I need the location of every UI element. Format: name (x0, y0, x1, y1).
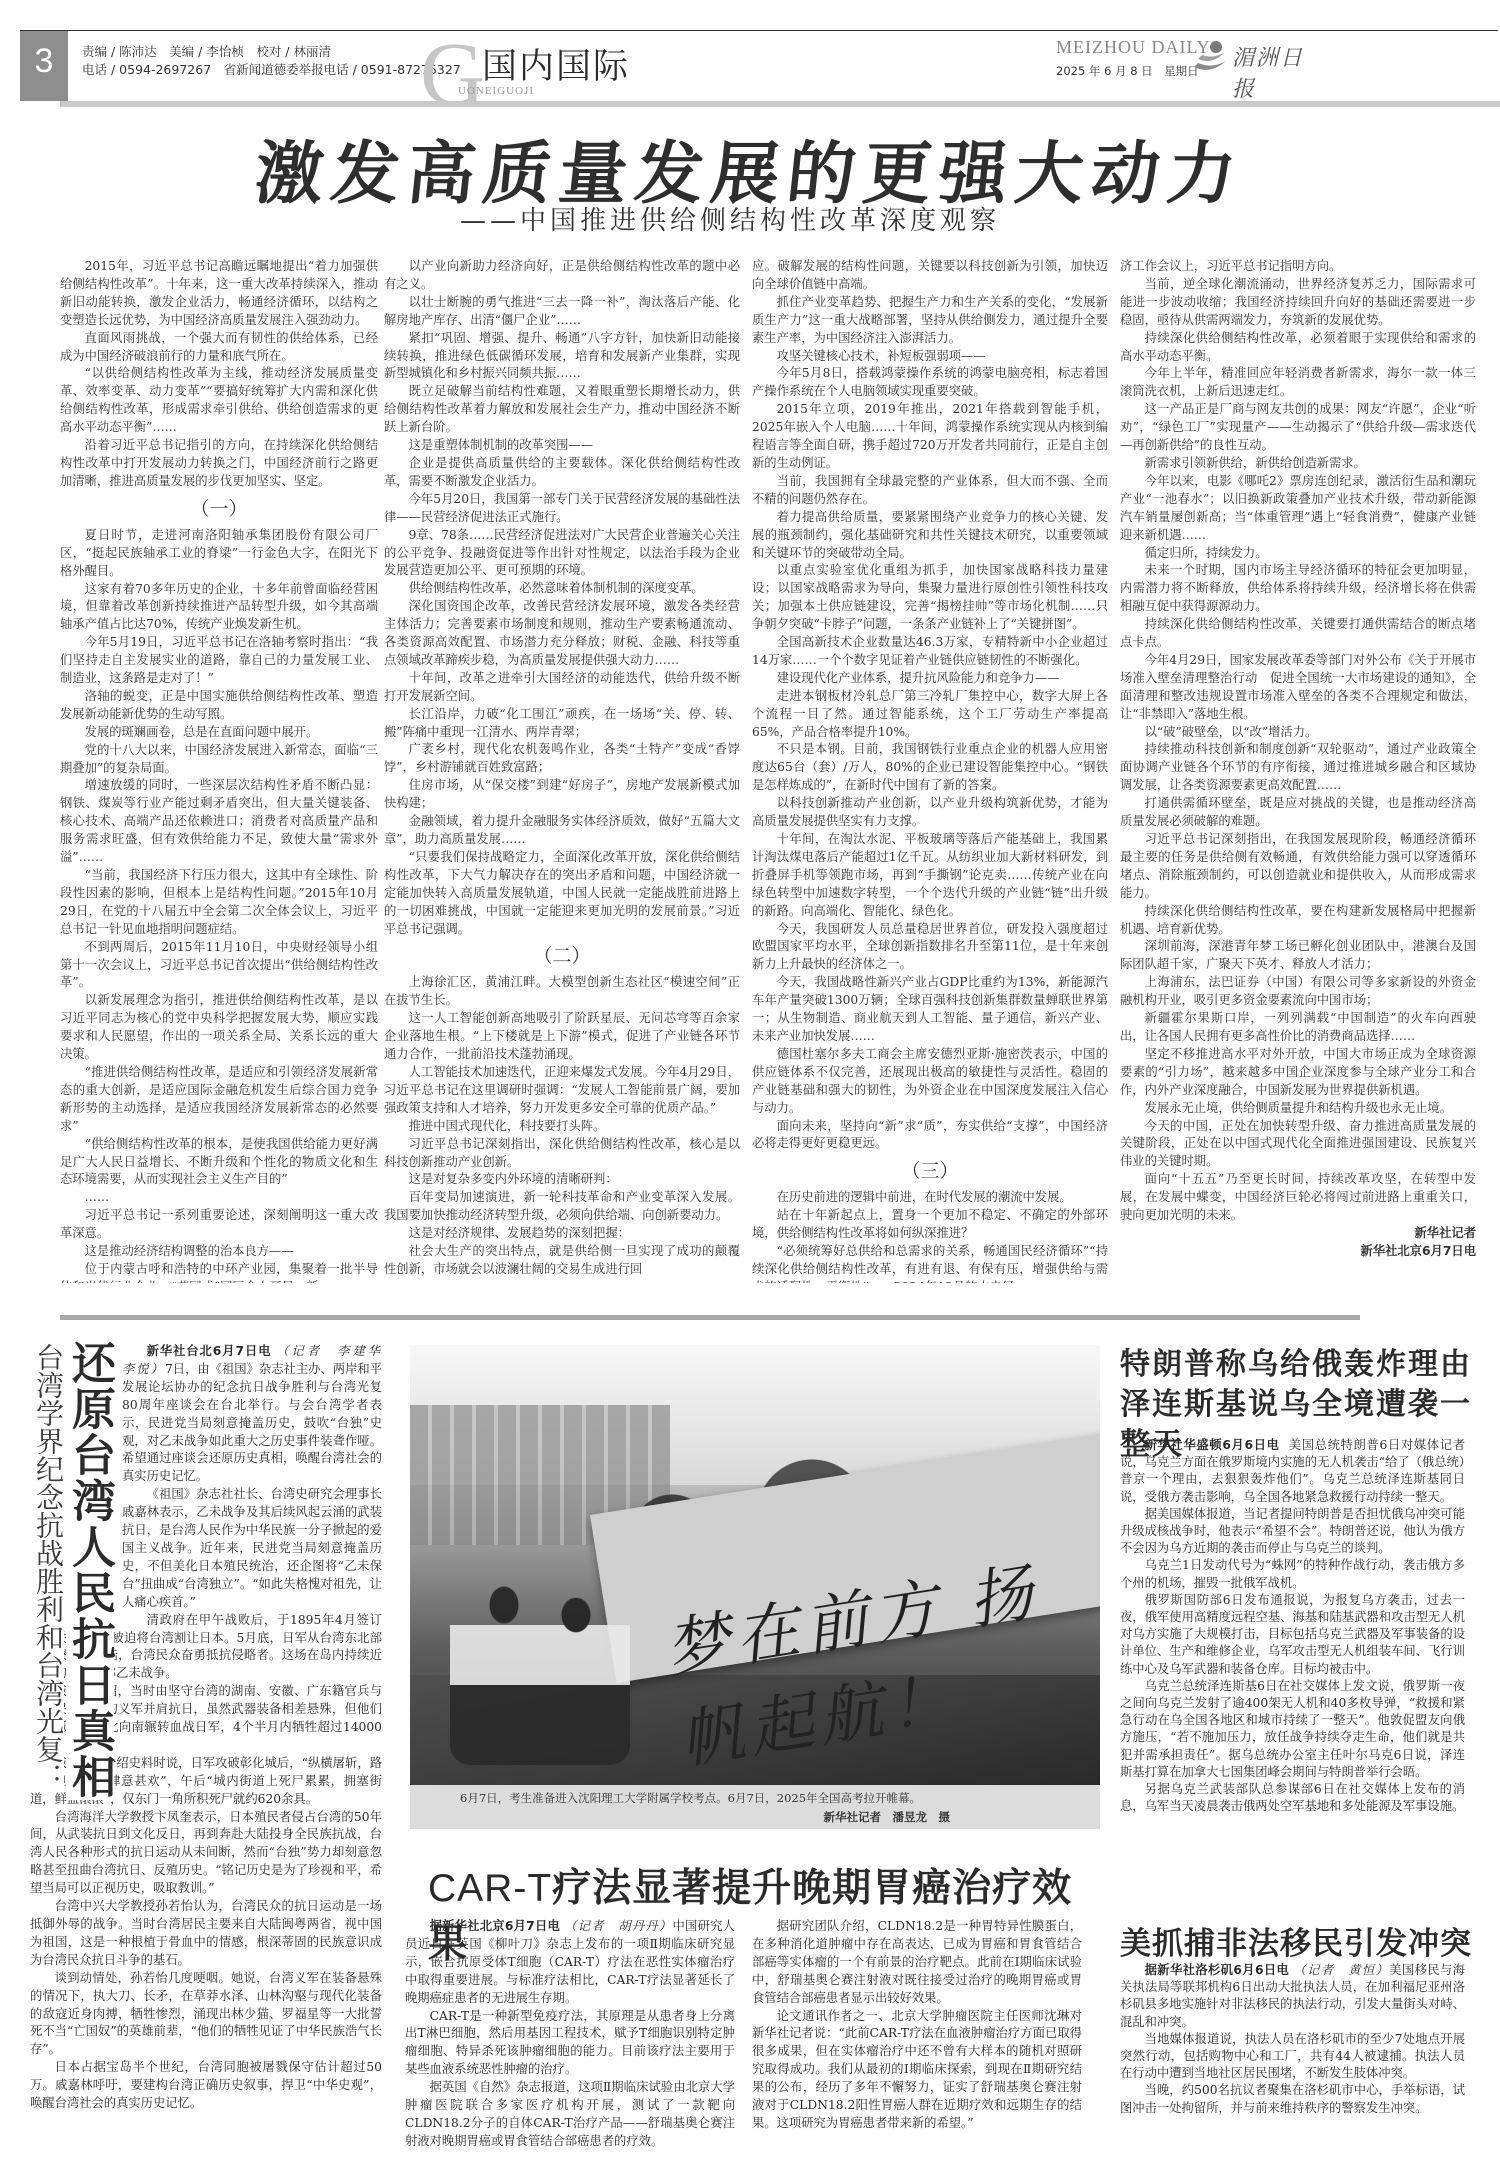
photo-credit: 新华社记者 潘昱龙 摄 (824, 1809, 951, 1825)
paragraph: 供给侧结构性改革，必然意味着体制机制的深度变革。 (384, 580, 740, 598)
news-photo: 梦在前方 扬帆起航！ (410, 1345, 1100, 1785)
paragraph: 建设现代化产业体系，提升抗风险能力和竞争力—— (752, 670, 1108, 688)
paragraph: 紧扣“巩固、增强、提升、畅通”八字方针，加快新旧动能接续转换，推进绿色低碳循环发… (384, 330, 740, 384)
paragraph: “供给侧结构性改革的根本，是使我国供给能力更好满足广大人民日益增长、不断升级和个… (60, 1136, 378, 1190)
paragraph: 习近平总书记深刻指出，深化供给侧结构性改革，核心是以科技创新推动产业创新。 (384, 1136, 740, 1172)
paragraph: 这一人工智能创新高地吸引了阶跃星辰、无问芯穹等百余家企业落地生根。“上下楼就是上… (384, 1010, 740, 1064)
paragraph: 2015年，习近平总书记高瞻远瞩地提出“着力加强供给侧结构性改革”。十年来，这一… (60, 258, 378, 330)
paragraph: 坚定不移推进高水平对外开放，中国大市场正成为全球资源要素的“引力场”，越来越多中… (1120, 1046, 1476, 1100)
paragraph: 推进中国式现代化，科技要打头阵。 (384, 1118, 740, 1136)
paragraph: 十年间，改革之进牵引大国经济的动能迭代，供给升级不断打开发展新空间。 (384, 670, 740, 706)
paragraph: 企业是提供高质量供给的主要载体。深化供给侧结构性改革，需要不断激发企业活力。 (384, 455, 740, 491)
us-story-headline: 美抓捕非法移民引发冲突 (1120, 1918, 1480, 1963)
lead-column-1: 2015年，习近平总书记高瞻远瞩地提出“着力加强供给侧结构性改革”。十年来，这一… (60, 258, 378, 1283)
paragraph: 据英国《自然》杂志报道，这项Ⅱ期临床试验由北京大学肿瘤医院联合多家医疗机构开展，… (405, 2079, 735, 2151)
credits-line-2: 电话 / 0594-2697267 省新闻道德委举报电话 / 0591-8727… (82, 61, 461, 79)
paragraph: 9章、78条……民营经济促进法对广大民营企业普遍关心关注的公平竞争、投融资促进等… (384, 527, 740, 581)
paragraph: 持续深化供给侧结构性改革，必须着眼于实现供给和需求的高水平动态平衡。 (1120, 330, 1476, 366)
paragraph: 持续深化供给侧结构性改革，要在构建新发展格局中把握新机遇、培育新优势。 (1120, 903, 1476, 939)
paragraph: 俄罗斯国防部6日发布通报说，为报复乌方袭击，过去一夜，俄军使用高精度远程空基、海… (1120, 1592, 1465, 1678)
paragraph: 在历史前进的逻辑中前进，在时代发展的潮流中发展。 (752, 1189, 1108, 1207)
paragraph: 长江沿岸，力破“化工围江”顽疾，在一场场“关、停、转、搬”阵痛中重现一江清水、两… (384, 706, 740, 742)
paragraph: 抓住产业变革趋势、把握生产力和生产关系的变化，“发展新质生产力”这一重大战略部署… (752, 294, 1108, 348)
paragraph: “只要我们保持战略定力，全面深化改革开放，深化供给侧结构性改革，下大气力解决存在… (384, 849, 740, 939)
dateline: 新华社台北6月7日电 (147, 1344, 272, 1358)
paragraph: 社会大生产的突出特点，就是供给侧一旦实现了成功的颠覆性创新，市场就会以波澜壮阔的… (384, 1243, 740, 1279)
paragraph: 台湾中兴大学教授孙若怡认为，台湾民众的抗日运动是一场抵御外辱的战争。当时台湾居民… (30, 1898, 382, 1970)
paragraph: 不到两周后，2015年11月10日，中央财经领导小组第十一次会议上，习近平总书记… (60, 939, 378, 993)
ukraine-story-body: 新华社华盛顿6月6日电 美国总统特朗普6日对媒体记者说，乌克兰方面在俄罗斯境内实… (1120, 1437, 1465, 1882)
paper-name-en: MEIZHOU DAILY (1056, 37, 1211, 58)
paragraph: 增速放缓的同时，一些深层次结构性矛盾不断凸显：钢铁、煤炭等行业产能过剩矛盾突出，… (60, 777, 378, 867)
paragraph: 据研究团队介绍，CLDN18.2是一种胃特异性膜蛋白，在多种消化道肿瘤中存在高表… (752, 1918, 1082, 2008)
paragraph: 人工智能技术加速迭代，正迎来爆发式发展。今年4月29日，习近平总书记在这里调研时… (384, 1064, 740, 1118)
paragraph: 谈到动情处，孙若怡几度哽咽。她说，台湾义军在装备悬殊的情况下，执大刀、长矛，在草… (30, 1970, 382, 2060)
paragraph: 上海浦东，法巴证券（中国）有限公司等多家新设的外资金融机构开业，吸引更多资金要素… (1120, 974, 1476, 1010)
photo-caption: 6月7日，考生准备进入沈阳理工大学附属学校考点。6月7日，2025年全国高考拉开… (410, 1785, 1100, 1829)
byline-reporter: 新华社记者 (1120, 1225, 1476, 1243)
issue-date: 2025 年 6 月 8 日 星期日 (1056, 63, 1199, 79)
paragraph: 今年5月20日，我国第一部专门关于民营经济发展的基础性法律——民营经济促进法正式… (384, 491, 740, 527)
paragraph: 当地媒体报道说，执法人员在洛杉矶市的至少7处地点开展突然行动，包括购物中心和工厂… (1120, 2031, 1465, 2083)
masthead: 3 责编 / 陈沛达 美编 / 李怡桢 校对 / 林丽清 电话 / 0594-2… (20, 30, 1498, 100)
paragraph: 新疆霍尔果斯口岸，一列列满载“中国制造”的火车向西驶出，让各国人民拥有更多高性价… (1120, 1010, 1476, 1046)
paragraph: 这是推动经济结构调整的治本良方—— (60, 1243, 378, 1261)
paragraph: 另据乌克兰武装部队总参谋部6日在社交媒体上发布的消息，乌军当天凌晨袭击俄两处空军… (1120, 1781, 1465, 1815)
paragraph: 今年4月29日，国家发展改革委等部门对外公布《关于开展市场准入壁垒清理整治行动 … (1120, 652, 1476, 724)
section-marker-1: （一） (60, 491, 378, 527)
paragraph: 站在十年新起点上，置身一个更加不稳定、不确定的外部环境，供给侧结构性改革将如何纵… (752, 1207, 1108, 1243)
paragraph: 今年5月19日，习近平总书记在洛轴考察时指出：“我们坚持走自主发展实业的道路，靠… (60, 634, 378, 688)
lead-column-2: 以产业向新助力经济向好，正是供给侧结构性改革的题中必有之义。 以壮士断腕的勇气推… (384, 258, 740, 1283)
paragraph: 这是对经济规律、发展趋势的深刻把握： (384, 1225, 740, 1243)
paragraph: 面向“十五五”乃至更长时间，持续改革攻坚，在转型中发展，在发展中蝶变，中国经济巨… (1120, 1171, 1476, 1225)
paragraph: 以科技创新推动产业创新，以产业升级构筑新优势，才能为高质量发展提供坚实有力支撑。 (752, 795, 1108, 831)
paragraph: “当前，我国经济下行压力很大，这其中有全球性、阶段性因素的影响，但根本上是结构性… (60, 867, 378, 939)
editor-credits: 责编 / 陈沛达 美编 / 李怡桢 校对 / 林丽清 电话 / 0594-269… (82, 43, 461, 79)
paragraph: 打通供需循环壁垒，既是应对挑战的关键，也是推动经济高质量发展必须破解的难题。 (1120, 795, 1476, 831)
caption-text: 6月7日，考生准备进入沈阳理工大学附属学校考点。6月7日，2025年全国高考拉开… (460, 1790, 921, 1806)
paragraph: 济工作会议上，习近平总书记指明方向。 (1120, 258, 1476, 276)
us-story-body: 据新华社洛杉矶6月6日电 （记者 黄恒）美国移民与海关执法局等联邦机构6日出动大… (1120, 1962, 1465, 2162)
dateline: 据新华社洛杉矶6月6日电 (1145, 1963, 1290, 1977)
paper-logo: 湄洲日报 (1190, 37, 1320, 77)
page-number: 3 (20, 31, 68, 101)
paragraph: 论文通讯作者之一、北京大学肿瘤医院主任医师沈琳对新华社记者说：“此前CAR-T疗… (752, 2008, 1082, 2133)
paragraph: 夏日时节，走进河南洛阳轴承集团股份有限公司厂区，“挺起民族轴承工业的脊梁”一行金… (60, 527, 378, 581)
paragraph: 着力提高供给质量，要紧紧围绕产业竞争力的核心关键、发展的瓶颈制约，强化基础研究和… (752, 509, 1108, 563)
taiwan-story-subheadline: 台湾学界纪念抗战胜利和台湾光复： (30, 1343, 64, 1791)
paragraph: 日本占据宝岛半个世纪，台湾同胞被屠戮保守估计超过50万。戚嘉林呼吁，要建构台湾正… (30, 2059, 382, 2113)
paragraph: 深圳前海，深港青年梦工场已孵化创业团队中，港澳台及国际团队超千家，广聚天下英才、… (1120, 938, 1476, 974)
paragraph: “以供给侧结构性改革为主线，推动经济发展质量变革、效率变革、动力变革”“要搞好统… (60, 365, 378, 437)
paragraph: 当晚，约500名抗议者聚集在洛杉矶市中心，手举标语，试图冲击一处拘留所，并与前来… (1120, 2082, 1465, 2116)
paragraph: 面向未来，坚持向“新”求“质”，夯实供给“支撑”，中国经济必将走得更好更稳更远。 (752, 1118, 1108, 1154)
paragraph: 新需求引领新供给，新供给创造新需求。 (1120, 455, 1476, 473)
paragraph: 这家有着70多年历史的企业，十多年前曾面临经营困境，但靠着改革创新持续推进产品转… (60, 581, 378, 635)
paragraph: 洛轴的蜕变，正是中国实施供给侧结构性改革、塑造发展新动能新优势的生动写照。 (60, 688, 378, 724)
paragraph: 沿着习近平总书记指引的方向，在持续深化供给侧结构性改革中打开发展动力转换之门，中… (60, 437, 378, 491)
paragraph: “推进供给侧结构性改革，是适应和引领经济发展新常态的重大创新，是适应国际金融危机… (60, 1064, 378, 1136)
paragraph: 广袤乡村，现代化农机轰鸣作业，各类“土特产”变成“香饽饽”，乡村游铺就百姓致富路… (384, 741, 740, 777)
headline-latin: CAR-T (428, 1867, 552, 1910)
paragraph: 2015年立项，2019年推出，2021年搭载到智能手机，2025年嵌入个人电脑… (752, 401, 1108, 473)
paragraph: 持续深化供给侧结构性改革，关键要打通供需结合的断点堵点卡点。 (1120, 616, 1476, 652)
paragraph: 以壮士断腕的勇气推进“三去一降一补”，淘汰落后产能、化解房地产库存、出清“僵尸企… (384, 294, 740, 330)
paragraph: 既立足破解当前结构性难题，又着眼重塑长期增长动力，供给侧结构性改革着力解放和发展… (384, 383, 740, 437)
header-rule (60, 101, 1500, 107)
paragraph: 发展的斑斓画卷，总是在直面问题中展开。 (60, 724, 378, 742)
paragraph: …… (60, 1189, 378, 1207)
paragraph: 当前，逆全球化潮流涌动，世界经济复苏乏力，国际需求可能进一步波动收缩；我国经济持… (1120, 276, 1476, 330)
paragraph: 应。破解发展的结构性问题，关键要以科技创新为引领，加快迈向全球价值链中高端。 (752, 258, 1108, 294)
dateline: 新华社华盛顿6月6日电 (1145, 1438, 1280, 1452)
paragraph: 据美国媒体报道，当记者提问特朗普是否担忧俄乌冲突可能升级成核战争时，他表示“希望… (1120, 1506, 1465, 1558)
paragraph: 德国杜塞尔多夫工商会主席安德烈亚斯·施密茨表示，中国的供应链体系不仅完善，还展现… (752, 1046, 1108, 1118)
paragraph: 这一产品正是厂商与网友共创的成果：网友“许愿”，企业“听劝”，“绿色工厂”实现量… (1120, 401, 1476, 455)
paragraph: 直面风雨挑战，一个强大而有韧性的供给体系，已经成为中国经济破浪前行的力量和底气所… (60, 330, 378, 366)
paragraph: 住房市场，从“保交楼”到建“好房子”，房地产发展新模式加快构建； (384, 777, 740, 813)
reporter: （记者 胡丹丹） (564, 1919, 672, 1933)
paragraph: CAR-T是一种新型免疫疗法，其原理是从患者身上分离出T淋巴细胞，然后用基因工程… (405, 2008, 735, 2080)
lead-subheadline: ——中国推进供给侧结构性改革深度观察 (280, 200, 1180, 237)
paragraph: 今天的中国，正处在加快转型升级、奋力推进高质量发展的关键阶段，正处在以中国式现代… (1120, 1118, 1476, 1172)
section-pinyin: UONEIGUOJI (458, 85, 534, 97)
paragraph: 位于内蒙古呼和浩特的中环产业园，集聚着一批半导体和光伏行业企业，“花园式”园区令… (60, 1261, 378, 1283)
paragraph: 百年变局加速演进，新一轮科技革命和产业变革深入发展。我国要加快推动经济转型升级，… (384, 1189, 740, 1225)
logo-swoosh-icon (1190, 39, 1230, 75)
taiwan-story-headline: 还原台湾人民抗日真相 (66, 1340, 114, 1800)
paragraph: 金融领域，着力提升金融服务实体经济质效，做好“五篇大文章”，助力高质量发展…… (384, 813, 740, 849)
paragraph: 发展永无止境，供给侧质量提升和结构升级也永无止境。 (1120, 1100, 1476, 1118)
paragraph: 当前，我国拥有全球最完整的产业体系，但大而不强、全而不精的问题仍然存在。 (752, 473, 1108, 509)
lead-column-4: 济工作会议上，习近平总书记指明方向。 当前，逆全球化潮流涌动，世界经济复苏乏力，… (1120, 258, 1476, 1298)
lead-column-3: 应。破解发展的结构性问题，关键要以科技创新为引领，加快迈向全球价值链中高端。 抓… (752, 258, 1108, 1283)
cart-story-column-a: 据新华社北京6月7日电 （记者 胡丹丹）中国研究人员近日在英国《柳叶刀》杂志上发… (405, 1918, 735, 2168)
paragraph: 攻坚关键核心技术，补短板强弱项—— (752, 348, 1108, 366)
paragraph: 以“破”破壁垒，以“改”增活力。 (1120, 724, 1476, 742)
photo-students (450, 1565, 630, 1765)
section-marker-3: （三） (752, 1153, 1108, 1189)
paragraph: 今年上半年，精准回应年轻消费者新需求，海尔一款一体三滚筒洗衣机，上新后迅速走红。 (1120, 365, 1476, 401)
paragraph: 习近平总书记一系列重要论述，深刻阐明这一重大改革深意。 (60, 1207, 378, 1243)
section-marker-2: （二） (384, 938, 740, 974)
paragraph: 习近平总书记深刻指出，在我国发展现阶段，畅通经济循环最主要的任务是供给侧有效畅通… (1120, 831, 1476, 903)
paragraph: 深化国资国企改革，改善民营经济发展环境，激发各类经营主体活力；完善要素市场制度和… (384, 598, 740, 670)
paragraph: 持续推动科技创新和制度创新“双轮驱动”，通过产业政策全面协调产业链各个环节的有序… (1120, 741, 1476, 795)
paragraph: 循定归所，持续发力。 (1120, 545, 1476, 563)
paragraph: 今天，我国研发人员总量稳居世界首位，研发投入强度超过欧盟国家平均水平，全球创新指… (752, 921, 1108, 975)
paragraph: 乌克兰1日发动代号为“蛛网”的特种作战行动，袭击俄方多个州的机场，摧毁一批俄军战… (1120, 1557, 1465, 1591)
byline-dateline: 新华社北京6月7日电 (1120, 1243, 1476, 1261)
paragraph: 未来一个时期，国内市场主导经济循环的特征会更加明显，内需潜力将不断释放，供给体系… (1120, 562, 1476, 616)
paragraph: 走进本钢板材冷轧总厂第三冷轧厂集控中心，数字大屏上各个流程一目了然。通过智能系统… (752, 688, 1108, 742)
paragraph: 今年以来，电影《哪吒2》票房连创纪录，激活衍生品和潮玩产业“一池春水”；以旧换新… (1120, 473, 1476, 545)
paragraph: 十年间，在淘汰水泥、平板玻璃等落后产能基础上，我国累计淘汰煤电落后产能超过1亿千… (752, 831, 1108, 921)
cart-story-column-b: 据研究团队介绍，CLDN18.2是一种胃特异性膜蛋白，在多种消化道肿瘤中存在高表… (752, 1918, 1082, 2168)
reporter: （记者 黄恒） (1294, 1963, 1390, 1977)
paragraph: 这是重塑体制机制的改革突围—— (384, 437, 740, 455)
paragraph: 台湾海洋大学教授卞凤奎表示，日本殖民者侵占台湾的50年间，从武装抗日到文化反日，… (30, 1809, 382, 1899)
paragraph: 上海徐汇区，黄浦江畔。大模型创新生态社区“模速空间”正在拔节生长。 (384, 974, 740, 1010)
paragraph: 以新发展理念为指引，推进供给侧结构性改革，是以习近平同志为核心的党中央科学把握发… (60, 992, 378, 1064)
credits-line-1: 责编 / 陈沛达 美编 / 李怡桢 校对 / 林丽清 (82, 43, 461, 61)
paragraph: “必须统筹好总供给和总需求的关系，畅通国民经济循环”“持续深化供给侧结构性改革，… (752, 1243, 1108, 1283)
paragraph: 以产业向新助力经济向好，正是供给侧结构性改革的题中必有之义。 (384, 258, 740, 294)
paragraph: 7日，由《祖国》杂志社主办、两岸和平发展论坛协办的纪念抗日战争胜利与台湾光复80… (122, 1362, 382, 1483)
paper-name-cn: 湄洲日报 (1232, 41, 1320, 103)
dateline: 据新华社北京6月7日电 (430, 1919, 560, 1933)
paragraph: 今年5月8日，搭载鸿蒙操作系统的鸿蒙电脑亮相，标志着国产操作系统在个人电脑领域实… (752, 365, 1108, 401)
paragraph: 这是对复杂多变内外环境的清晰研判： (384, 1171, 740, 1189)
section-title: 国内国际 (482, 39, 630, 89)
paragraph: 党的十八大以来，中国经济发展进入新常态，面临“三期叠加”的复杂局面。 (60, 742, 378, 778)
paragraph: 全国高新技术企业数量达46.3万家，专精特新中小企业超过14万家……一个个数字见… (752, 634, 1108, 670)
paragraph: 乌克兰总统泽连斯基6日在社交媒体上发文说，俄罗斯一夜之间向乌克兰发射了逾400架… (1120, 1678, 1465, 1781)
paragraph: 以重点实验室优化重组为抓手，加快国家战略科技力量建设；以国家战略需求为导向，集聚… (752, 562, 1108, 634)
paragraph: 不只是本钢。目前，我国钢铁行业重点企业的机器人应用密度达65台（套）/万人，80… (752, 741, 1108, 795)
section-divider (60, 1315, 1360, 1320)
headline-line-1: 特朗普称乌给俄轰炸理由 (1120, 1345, 1480, 1385)
paragraph: 今天，我国战略性新兴产业占GDP比重约为13%，新能源汽车年产量突破1300万辆… (752, 974, 1108, 1046)
